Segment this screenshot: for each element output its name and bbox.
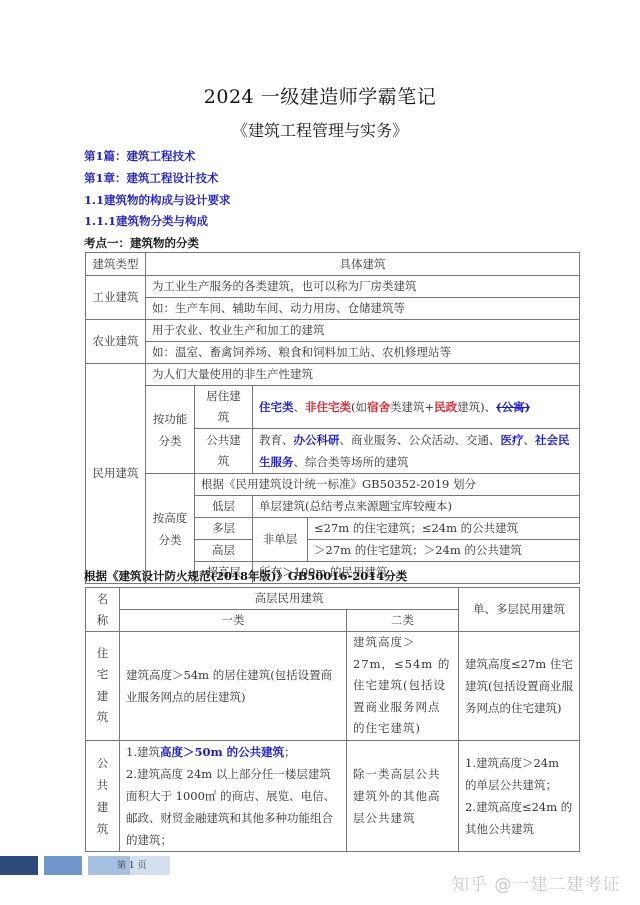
public-low-multi: 1.建筑高度＞24m 的单层公共建筑； 2.建筑高度≤24m 的其他公共建筑 bbox=[459, 740, 580, 851]
text-span: 1.建筑 bbox=[126, 745, 160, 759]
height-50m-highlight: 高度＞50m 的公共建筑 bbox=[160, 745, 284, 759]
high-rise-desc: ＞27m 的住宅建筑；＞24m 的公共建筑 bbox=[308, 540, 580, 562]
public-name: 公 共 建 筑 bbox=[86, 740, 120, 851]
name-char: 建 bbox=[86, 796, 119, 818]
table-row: 如：生产车间、辅助车间、动力用房、仓储建筑等 bbox=[86, 298, 580, 320]
header-high-rise: 高层民用建筑 bbox=[120, 588, 459, 610]
agricultural-label: 农业建筑 bbox=[86, 320, 146, 364]
fire-code-classification-table: 名 称 高层民用建筑 单、多层民用建筑 一类 二类 住 宅 建 筑 建筑高度＞5… bbox=[85, 587, 580, 852]
table-row: 按功能 分类 居住建筑 住宅类、非住宅类(如宿舍类建筑+民政建筑)、(公寓) bbox=[86, 386, 580, 429]
text-span: ； bbox=[284, 745, 296, 759]
public-class2: 除一类高层公共建筑外的其他高层公共建筑 bbox=[347, 740, 459, 851]
header-low-multi: 单、多层民用建筑 bbox=[459, 588, 580, 632]
table-row: 农业建筑 用于农业、牧业生产和加工的建筑 bbox=[86, 320, 580, 342]
civil-affairs-highlight: 民政 bbox=[434, 400, 457, 414]
height-standard: 根据《民用建筑设计统一标准》GB50352-2019 划分 bbox=[195, 474, 580, 496]
page-number: 第 1 页 bbox=[117, 858, 146, 871]
medical-highlight: 医疗 bbox=[501, 433, 524, 447]
table2-caption: 根据《建筑设计防火规范(2018年版)》GB50016-2014分类 bbox=[84, 568, 407, 584]
apartment-struck: (公寓) bbox=[496, 400, 530, 414]
heading-section: 1.1建筑物的构成与设计要求 bbox=[84, 192, 231, 208]
heading-part: 第1篇：建筑工程技术 bbox=[84, 148, 196, 164]
text-span: 教育、 bbox=[259, 433, 294, 447]
watermark: 知乎 @一建二建考证 bbox=[452, 870, 620, 895]
name-char: 筑 bbox=[86, 818, 119, 840]
name-char: 建 bbox=[86, 686, 119, 708]
agricultural-desc: 用于农业、牧业生产和加工的建筑 bbox=[146, 320, 580, 342]
header-name: 名 称 bbox=[86, 588, 120, 632]
document-title: 2024 一级建造师学霸笔记 bbox=[0, 82, 640, 109]
residential-low-multi: 建筑高度≤27m 住宅建筑(包括设置商业服务网点的住宅建筑) bbox=[459, 632, 580, 741]
header-class2: 二类 bbox=[347, 610, 459, 632]
text-span: 建筑)、 bbox=[457, 400, 496, 414]
name-char: 共 bbox=[86, 774, 119, 796]
by-height-label-line2: 分类 bbox=[152, 529, 188, 551]
text-span: 、 bbox=[524, 433, 536, 447]
office-research-highlight: 办公科研 bbox=[294, 433, 340, 447]
civil-intro: 为人们大量使用的非生产性建筑 bbox=[146, 364, 580, 386]
table-row: 按高度 分类 根据《民用建筑设计统一标准》GB50352-2019 划分 bbox=[86, 474, 580, 496]
by-function-label: 按功能 分类 bbox=[146, 386, 195, 474]
heading-subsection: 1.1.1建筑物分类与构成 bbox=[84, 213, 208, 229]
agricultural-examples: 如：温室、畜禽饲养场、粮食和饲料加工站、农机修理站等 bbox=[146, 342, 580, 364]
public-class1-item2: 2.建筑高度 24m 以上部分任一楼层建筑面积大于 1000㎡ 的商店、展览、电… bbox=[126, 763, 340, 851]
by-height-label-line1: 按高度 bbox=[152, 507, 188, 529]
table-row: 如：温室、畜禽饲养场、粮食和饲料加工站、农机修理站等 bbox=[86, 342, 580, 364]
name-char: 公 bbox=[86, 752, 119, 774]
low-rise-label: 低层 bbox=[195, 496, 253, 518]
text-span: 、 bbox=[294, 400, 306, 414]
name-char: 筑 bbox=[86, 707, 119, 729]
public-desc: 教育、办公科研、商业服务、公众活动、交通、医疗、社会民生服务、综合类等场所的建筑 bbox=[253, 429, 580, 474]
industrial-desc: 为工业生产服务的各类建筑，也可以称为厂房类建筑 bbox=[146, 276, 580, 298]
name-char: 宅 bbox=[86, 664, 119, 686]
public-class1-item1: 1.建筑高度＞50m 的公共建筑； bbox=[126, 741, 340, 763]
text-span: 、综合类等场所的建筑 bbox=[294, 455, 409, 469]
dormitory-highlight: 宿舍 bbox=[367, 400, 390, 414]
non-single-story-label: 非单层 bbox=[253, 518, 308, 562]
residential-name: 住 宅 建 筑 bbox=[86, 632, 120, 741]
heading-chapter: 第1章：建筑工程设计技术 bbox=[84, 170, 219, 186]
public-low-multi-item1: 1.建筑高度＞24m 的单层公共建筑； bbox=[465, 752, 573, 796]
footer-bar-mid bbox=[44, 856, 82, 875]
residential-desc: 住宅类、非住宅类(如宿舍类建筑+民政建筑)、(公寓) bbox=[253, 386, 580, 429]
footer-bar-dark bbox=[0, 856, 38, 875]
header-building-type: 建筑类型 bbox=[86, 253, 146, 276]
high-rise-label: 高层 bbox=[195, 540, 253, 562]
header-name-line1: 名 bbox=[86, 589, 119, 610]
low-rise-desc: 单层建筑(总结考点来源题宝库较瘦本) bbox=[253, 496, 580, 518]
header-name-line2: 称 bbox=[86, 610, 119, 631]
by-function-label-line2: 分类 bbox=[152, 430, 188, 452]
by-height-label: 按高度 分类 bbox=[146, 474, 195, 584]
table-row: 民用建筑 为人们大量使用的非生产性建筑 bbox=[86, 364, 580, 386]
text-span: 类建筑+ bbox=[390, 400, 434, 414]
header-class1: 一类 bbox=[120, 610, 347, 632]
industrial-label: 工业建筑 bbox=[86, 276, 146, 320]
residential-class2: 建筑高度＞27m，≤54m 的住宅建筑(包括设置商业服务网点的住宅建筑) bbox=[347, 632, 459, 741]
residential-label: 居住建筑 bbox=[195, 386, 253, 429]
table-row: 公 共 建 筑 1.建筑高度＞50m 的公共建筑； 2.建筑高度 24m 以上部… bbox=[86, 740, 580, 851]
civil-label: 民用建筑 bbox=[86, 364, 146, 584]
residential-class1: 建筑高度＞54m 的居住建筑(包括设置商业服务网点的居住建筑) bbox=[120, 632, 347, 741]
table-row: 住 宅 建 筑 建筑高度＞54m 的居住建筑(包括设置商业服务网点的居住建筑) … bbox=[86, 632, 580, 741]
building-classification-table: 建筑类型 具体建筑 工业建筑 为工业生产服务的各类建筑，也可以称为厂房类建筑 如… bbox=[85, 252, 580, 584]
multi-story-label: 多层 bbox=[195, 518, 253, 540]
document-subtitle: 《建筑工程管理与实务》 bbox=[0, 118, 640, 141]
by-function-label-line1: 按功能 bbox=[152, 408, 188, 430]
public-label: 公共建筑 bbox=[195, 429, 253, 474]
table-row: 工业建筑 为工业生产服务的各类建筑，也可以称为厂房类建筑 bbox=[86, 276, 580, 298]
multi-story-desc: ≤27m 的住宅建筑；≤24m 的公共建筑 bbox=[308, 518, 580, 540]
table-header-row: 建筑类型 具体建筑 bbox=[86, 253, 580, 276]
heading-kaodian: 考点一：建筑物的分类 bbox=[84, 235, 199, 251]
table-header-row: 名 称 高层民用建筑 单、多层民用建筑 bbox=[86, 588, 580, 610]
text-span: 、商业服务、公众活动、交通、 bbox=[340, 433, 501, 447]
industrial-examples: 如：生产车间、辅助车间、动力用房、仓储建筑等 bbox=[146, 298, 580, 320]
public-low-multi-item2: 2.建筑高度≤24m 的其他公共建筑 bbox=[465, 796, 573, 840]
name-char: 住 bbox=[86, 643, 119, 665]
header-specific-building: 具体建筑 bbox=[146, 253, 580, 276]
text-span: (如 bbox=[351, 400, 367, 414]
non-residential-highlight: 非住宅类 bbox=[305, 400, 351, 414]
public-class1: 1.建筑高度＞50m 的公共建筑； 2.建筑高度 24m 以上部分任一楼层建筑面… bbox=[120, 740, 347, 851]
residential-highlight: 住宅类 bbox=[259, 400, 294, 414]
